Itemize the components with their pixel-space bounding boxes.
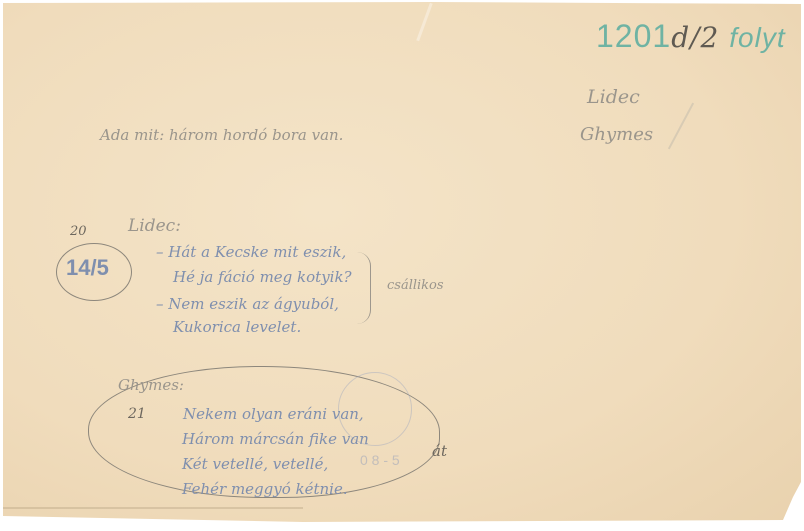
catalog-suffix: d/2 [671,21,719,54]
lyric-line: – Nem eszik az ágyuból, [156,295,339,313]
header-place-1: Lidec [587,86,640,108]
catalog-note: folyt [729,22,785,53]
brace-note: csállikos [387,278,444,293]
circled-date: 14/5 [66,255,109,281]
lyric-line: Fehér meggyó kétnie. [182,480,348,498]
lyric-line: Nekem olyan eráni van, [183,405,364,423]
song-number-21: 21 [128,406,146,422]
lyric-line: Két vetellé, vetellé, [182,455,328,473]
paper-crease [416,3,432,42]
catalog-number-main: 1201 [596,18,671,54]
section1-place: Lidec: [128,216,181,236]
stamp-text: 0 8 - 5 [360,452,400,468]
paper-crease [3,507,303,509]
lyric-line: Hé ja fáció meg kotyik? [173,268,352,286]
lyric-line: Kukorica levelet. [173,318,301,336]
song-number-20: 20 [70,224,87,239]
header-place-2: Ghymes [580,124,653,145]
brace-bracket [356,252,371,324]
section2-place: Ghymes: [118,376,184,394]
lyric-line: Három márcsán fike van [182,430,369,448]
intro-line: Ada mit: három hordó bora van. [100,126,343,144]
catalog-number: 1201d/2 folyt [596,18,786,55]
lyric-line: – Hát a Kecske mit eszik, [156,243,346,261]
side-note: át [432,442,447,460]
